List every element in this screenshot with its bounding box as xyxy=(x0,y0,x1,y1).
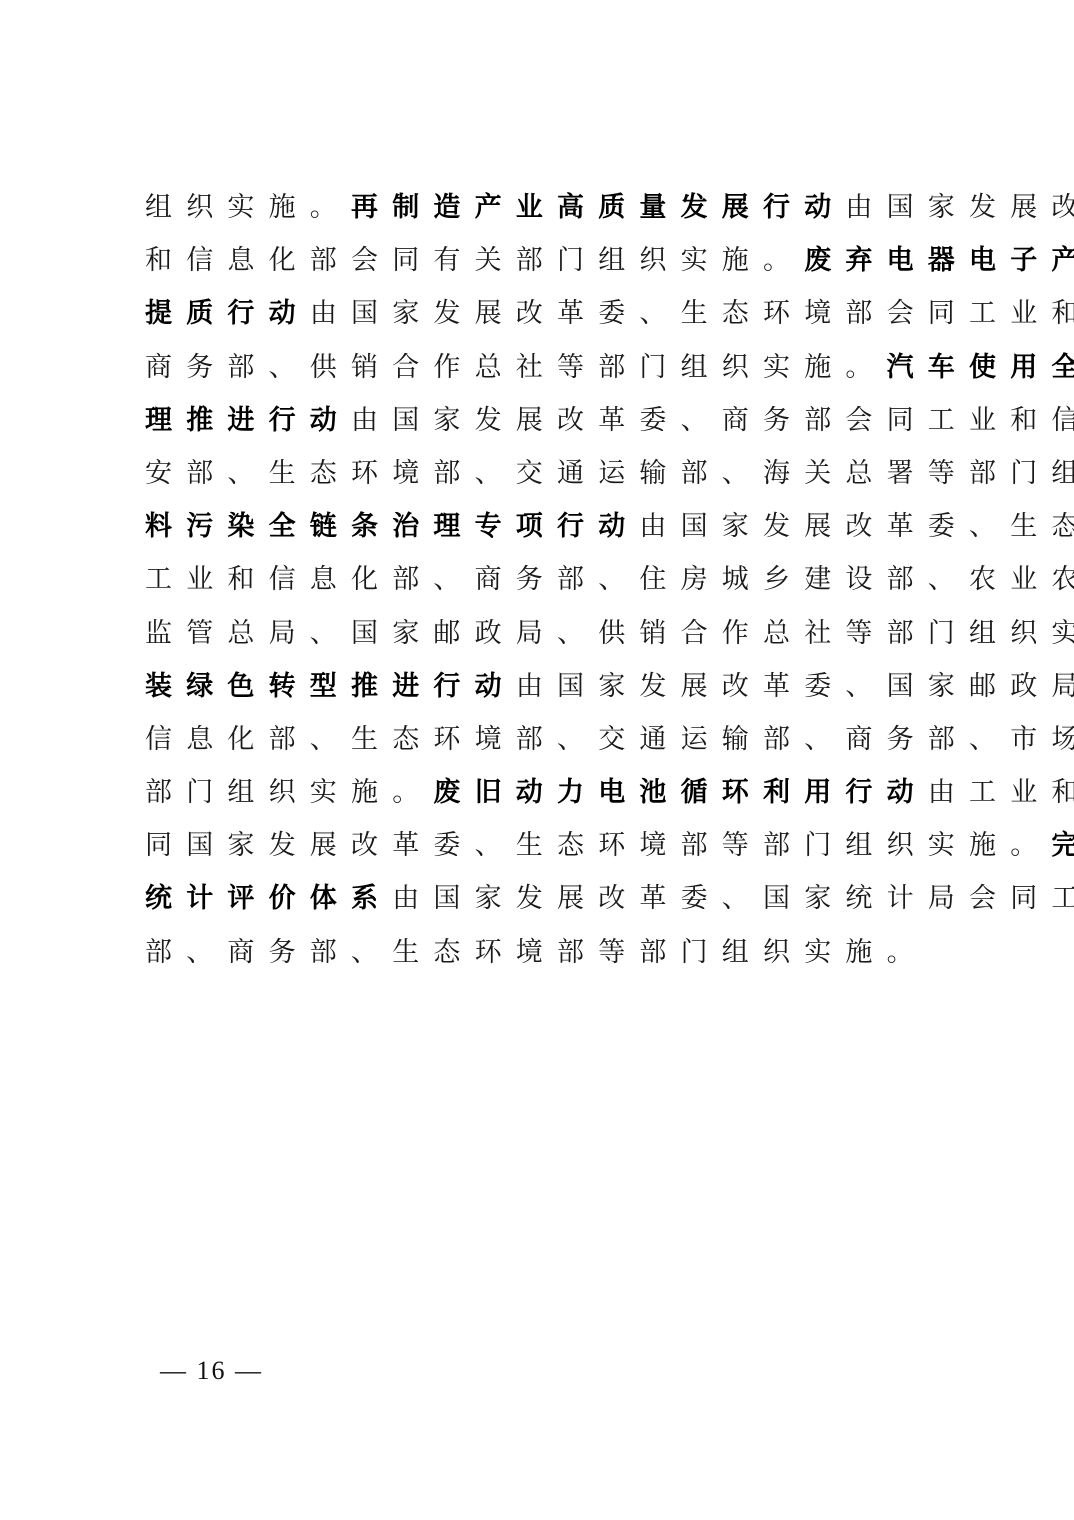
body-text-segment: 工业和信息化部、商务部、住房城乡建设部、农业农村部、市场 xyxy=(145,564,1074,595)
text-line: 组织实施。再制造产业高质量发展行动由国家发展改革委、工业 xyxy=(145,181,931,234)
bold-heading-text: 再制造产业高质量发展行动 xyxy=(351,192,845,223)
body-text-segment: 部、商务部、生态环境部等部门组织实施。 xyxy=(145,937,928,968)
body-text-segment: 安部、生态环境部、交通运输部、海关总署等部门组织实施。 xyxy=(145,458,1074,489)
text-line: 部、商务部、生态环境部等部门组织实施。 xyxy=(145,926,931,979)
bold-heading-text: 装绿色转型推进行动 xyxy=(145,671,516,702)
text-line: 监管总局、国家邮政局、供销合作总社等部门组织实施。快递包 xyxy=(145,607,931,660)
page-number: — 16 — xyxy=(160,1356,263,1386)
body-text-segment: 组织实施。 xyxy=(145,192,351,223)
body-text-segment: 和信息化部会同有关部门组织实施。 xyxy=(145,245,804,276)
bold-heading-text: 理推进行动 xyxy=(145,405,351,436)
text-line: 统计评价体系由国家发展改革委、国家统计局会同工业和信息化 xyxy=(145,872,931,925)
body-text-segment: 信息化部、生态环境部、交通运输部、商务部、市场监管总局等 xyxy=(145,724,1074,755)
body-text-segment: 由国家发展改革委、生态环境部会同工业和信息化部、 xyxy=(310,298,1074,329)
text-line: 和信息化部会同有关部门组织实施。废弃电器电子产品回收利用 xyxy=(145,234,931,287)
text-line: 部门组织实施。废旧动力电池循环利用行动由工业和信息化部会 xyxy=(145,766,931,819)
body-text-segment: 部门组织实施。 xyxy=(145,777,433,808)
bold-heading-text: 统计评价体系 xyxy=(145,883,392,914)
bold-heading-text: 料污染全链条治理专项行动 xyxy=(145,511,639,542)
bold-heading-text: 完善循环经济 xyxy=(1051,830,1074,861)
document-page: 组织实施。再制造产业高质量发展行动由国家发展改革委、工业和信息化部会同有关部门组… xyxy=(0,0,1074,1520)
body-text-segment: 由国家发展改革委、商务部会同工业和信息化部、公 xyxy=(351,405,1074,436)
body-text-segment: 由国家发展改革委、生态环境部会同 xyxy=(639,511,1074,542)
bold-heading-text: 提质行动 xyxy=(145,298,310,329)
body-text-segment: 由工业和信息化部会 xyxy=(928,777,1074,808)
body-text-segment: 由国家发展改革委、工业 xyxy=(845,192,1074,223)
body-text-segment: 商务部、供销合作总社等部门组织实施。 xyxy=(145,352,887,383)
bold-heading-text: 废弃电器电子产品回收利用 xyxy=(804,245,1074,276)
body-text-segment: 由国家发展改革委、国家统计局会同工业和信息化 xyxy=(392,883,1074,914)
body-paragraph: 组织实施。再制造产业高质量发展行动由国家发展改革委、工业和信息化部会同有关部门组… xyxy=(145,181,931,979)
body-text-segment: 监管总局、国家邮政局、供销合作总社等部门组织实施。 xyxy=(145,618,1074,649)
text-line: 理推进行动由国家发展改革委、商务部会同工业和信息化部、公 xyxy=(145,394,931,447)
text-line: 提质行动由国家发展改革委、生态环境部会同工业和信息化部、 xyxy=(145,287,931,340)
body-text-segment: 同国家发展改革委、生态环境部等部门组织实施。 xyxy=(145,830,1051,861)
text-line: 料污染全链条治理专项行动由国家发展改革委、生态环境部会同 xyxy=(145,500,931,553)
text-line: 工业和信息化部、商务部、住房城乡建设部、农业农村部、市场 xyxy=(145,553,931,606)
text-line: 商务部、供销合作总社等部门组织实施。汽车使用全生命周期管 xyxy=(145,341,931,394)
text-line: 装绿色转型推进行动由国家发展改革委、国家邮政局会同工业和 xyxy=(145,660,931,713)
text-line: 信息化部、生态环境部、交通运输部、商务部、市场监管总局等 xyxy=(145,713,931,766)
text-line: 安部、生态环境部、交通运输部、海关总署等部门组织实施。塑 xyxy=(145,447,931,500)
text-line: 同国家发展改革委、生态环境部等部门组织实施。完善循环经济 xyxy=(145,819,931,872)
body-text-segment: 由国家发展改革委、国家邮政局会同工业和 xyxy=(516,671,1074,702)
bold-heading-text: 汽车使用全生命周期管 xyxy=(887,352,1074,383)
bold-heading-text: 废旧动力电池循环利用行动 xyxy=(433,777,927,808)
